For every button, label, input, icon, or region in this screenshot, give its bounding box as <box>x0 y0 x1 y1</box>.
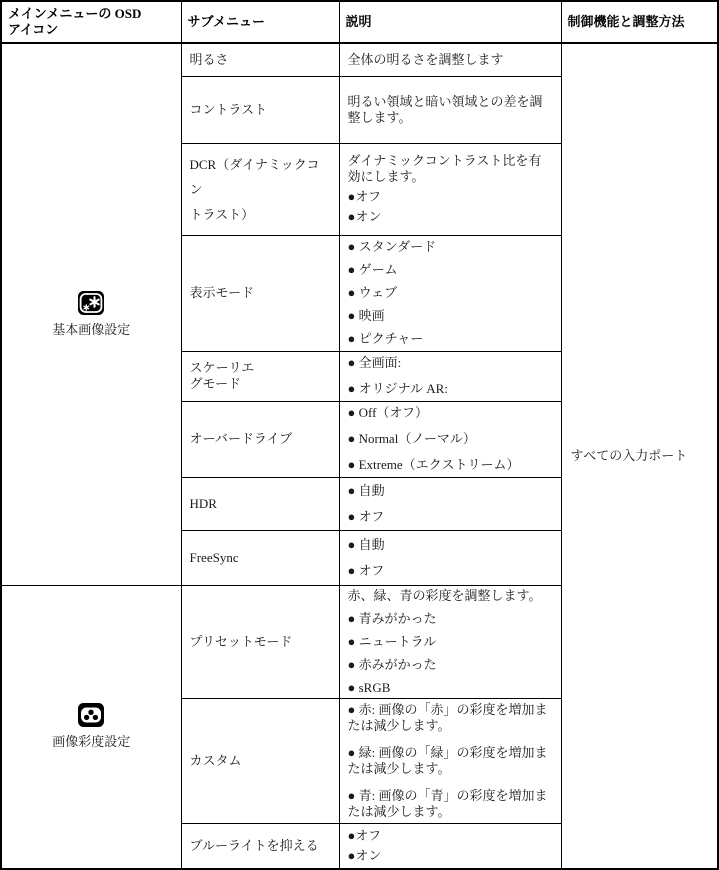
bullet-option: ● 緑: 画像の「緑」の彩度を増加または減少します。 <box>348 745 553 777</box>
section-label: 基本画像設定 <box>52 322 130 338</box>
submenu-label: HDR <box>190 496 331 512</box>
description-cell-overdrive: ● Off（オフ） ● Normal（ノーマル） ● Extreme（エクストリ… <box>339 401 561 477</box>
submenu-label: オーバードライブ <box>190 431 331 447</box>
basic-image-settings-icon: 基本画像設定 <box>52 291 130 338</box>
bullet-option: ● Off（オフ） <box>348 405 553 421</box>
submenu-cell-contrast: コントラスト <box>181 76 339 143</box>
submenu-label: 明るさ <box>190 52 331 68</box>
submenu-cell-brightness: 明るさ <box>181 43 339 76</box>
bullet-option: ● 自動 <box>348 537 553 553</box>
submenu-cell-hdr: HDR <box>181 477 339 530</box>
description-cell-brightness: 全体の明るさを調整します <box>339 43 561 76</box>
bullet-option: ● オフ <box>348 509 553 525</box>
submenu-label: スケーリエ グモード <box>190 360 331 392</box>
bullet-option: ● sRGB <box>348 680 553 696</box>
submenu-cell-display-mode: 表示モード <box>181 235 339 351</box>
bullet-option: ● 赤: 画像の「赤」の彩度を増加または減少します。 <box>348 702 553 734</box>
section-image-color-settings: 画像彩度設定 <box>1 585 181 869</box>
submenu-label: コントラスト <box>190 102 331 118</box>
description-cell-custom: ● 赤: 画像の「赤」の彩度を増加または減少します。 ● 緑: 画像の「緑」の彩… <box>339 698 561 823</box>
description-cell-preset-mode: 赤、緑、青の彩度を調整します。 ● 青みがかった ● ニュートラル ● 赤みがか… <box>339 585 561 698</box>
submenu-label: 表示モード <box>190 285 331 301</box>
submenu-cell-custom: カスタム <box>181 698 339 823</box>
bullet-option: ● ピクチャー <box>348 331 553 347</box>
bullet-option: ● Extreme（エクストリーム） <box>348 457 553 473</box>
bullet-option: ● 全画面: <box>348 355 553 371</box>
bullet-option: ● オフ <box>348 563 553 579</box>
image-color-settings-icon: 画像彩度設定 <box>52 703 130 750</box>
section-label: 画像彩度設定 <box>52 734 130 750</box>
bullet-option: ● ウェブ <box>348 285 553 301</box>
bullet-option: ●オフ <box>348 828 553 844</box>
submenu-label: プリセットモード <box>190 634 331 650</box>
bullet-option: ● スタンダード <box>348 239 553 255</box>
bullet-option: ● 青みがかった <box>348 611 553 627</box>
bullet-option: ● 映画 <box>348 308 553 324</box>
submenu-label: ブルーライトを抑える <box>190 838 331 854</box>
description-text: 明るい領域と暗い領域との差を調整します。 <box>348 94 553 126</box>
submenu-label: FreeSync <box>190 550 331 566</box>
description-text: 全体の明るさを調整します <box>348 52 553 68</box>
description-cell-dcr: ダイナミックコントラスト比を有効にします。 ●オフ ●オン <box>339 143 561 235</box>
submenu-cell-preset-mode: プリセットモード <box>181 585 339 698</box>
section-basic-image-settings: 基本画像設定 <box>1 43 181 585</box>
col-header-control: 制御機能と調整方法 <box>561 1 718 43</box>
description-text: ダイナミックコントラスト比を有効にします。 <box>348 153 553 185</box>
description-cell-contrast: 明るい領域と暗い領域との差を調整します。 <box>339 76 561 143</box>
submenu-cell-dcr: DCR（ダイナミックコン トラスト） <box>181 143 339 235</box>
description-cell-freesync: ● 自動 ● オフ <box>339 530 561 585</box>
bullet-option: ● Normal（ノーマル） <box>348 431 553 447</box>
bullet-option: ●オフ <box>348 189 553 205</box>
description-text: 赤、緑、青の彩度を調整します。 <box>348 588 553 604</box>
bullet-option: ●オン <box>348 209 553 225</box>
submenu-cell-blue-light: ブルーライトを抑える <box>181 823 339 869</box>
description-cell-scaling-mode: ● 全画面: ● オリジナル AR: <box>339 351 561 401</box>
bullet-option: ● 自動 <box>348 483 553 499</box>
description-cell-blue-light: ●オフ ●オン <box>339 823 561 869</box>
description-cell-hdr: ● 自動 ● オフ <box>339 477 561 530</box>
submenu-cell-overdrive: オーバードライブ <box>181 401 339 477</box>
table-row-brightness: 基本画像設定 明るさ 全体の明るさを調整します すべての入力ポート <box>1 43 718 76</box>
submenu-cell-freesync: FreeSync <box>181 530 339 585</box>
description-cell-display-mode: ● スタンダード ● ゲーム ● ウェブ ● 映画 ● ピクチャー <box>339 235 561 351</box>
bullet-option: ●オン <box>348 848 553 864</box>
submenu-label: DCR（ダイナミックコン トラスト） <box>190 152 331 227</box>
col-header-main-menu-osd-icon: メインメニューの OSD アイコン <box>1 1 181 43</box>
col-header-description: 説明 <box>339 1 561 43</box>
bullet-option: ● ニュートラル <box>348 634 553 650</box>
control-cell: すべての入力ポート <box>561 43 718 869</box>
bullet-option: ● 赤みがかった <box>348 657 553 673</box>
col-header-submenu: サブメニュー <box>181 1 339 43</box>
bullet-option: ● ゲーム <box>348 262 553 278</box>
submenu-label: カスタム <box>190 753 331 769</box>
control-text: すべての入力ポート <box>571 448 710 464</box>
osd-settings-table: メインメニューの OSD アイコン サブメニュー 説明 制御機能と調整方法 <box>0 0 719 870</box>
bullet-option: ● オリジナル AR: <box>348 381 553 397</box>
submenu-cell-scaling-mode: スケーリエ グモード <box>181 351 339 401</box>
header-row: メインメニューの OSD アイコン サブメニュー 説明 制御機能と調整方法 <box>1 1 718 43</box>
bullet-option: ● 青: 画像の「青」の彩度を増加または減少します。 <box>348 788 553 820</box>
